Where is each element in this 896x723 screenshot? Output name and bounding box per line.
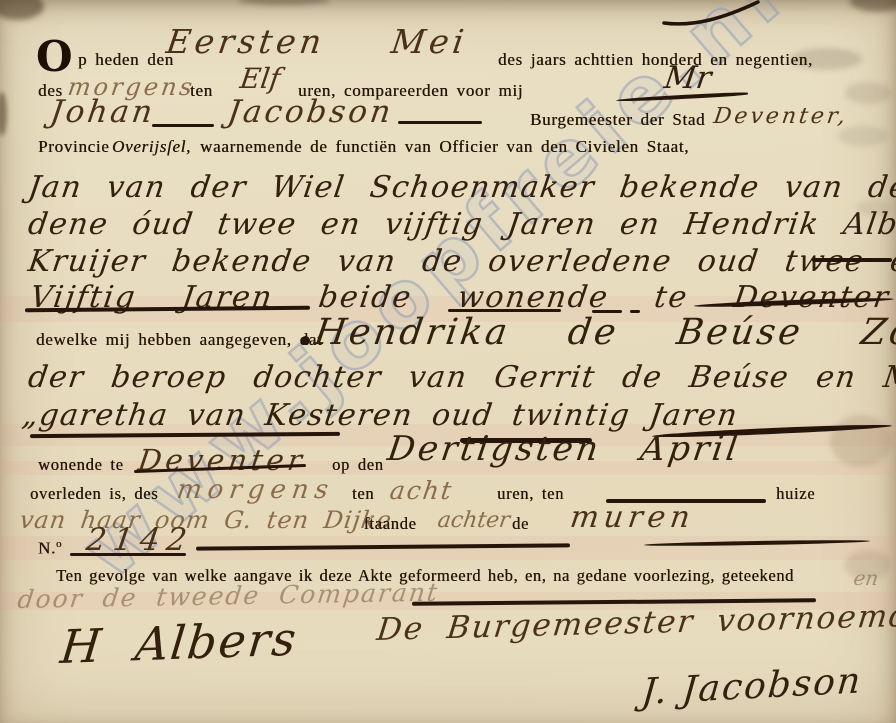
- printed-huize: huize: [776, 484, 815, 504]
- written-declarants-3: Kruijer bekende van de overledene oud tw…: [26, 244, 896, 279]
- ink-rule: [812, 258, 892, 262]
- printed-burgemeester: Burgemeester der Stad: [530, 110, 705, 130]
- printed-provincie-rest: waarnemende de functiën van Officier van…: [200, 137, 689, 157]
- ghost-text-mark: [845, 82, 891, 104]
- pen-flourish: [658, 0, 768, 26]
- written-deceased-3: „garetha van Kesteren oud twintig Jaren: [20, 398, 741, 433]
- ghost-text-mark: [830, 415, 892, 467]
- ink-rule: [70, 553, 186, 556]
- written-declarants-1: Jan van der Wiel Schoenmaker bekende van…: [26, 170, 896, 205]
- ink-rule: [152, 124, 214, 127]
- no-label-sup: o: [56, 538, 62, 550]
- written-en: en: [852, 566, 880, 590]
- ink-rule: [398, 121, 482, 124]
- written-date: Eersten Mei: [164, 22, 470, 61]
- written-achter: achter: [436, 508, 511, 533]
- written-house: van haar oom G. ten Dijke: [18, 506, 394, 534]
- printed-op-den: op den: [332, 455, 384, 475]
- written-death-hour: acht: [388, 476, 455, 505]
- paper-smudge: [850, 0, 896, 12]
- ghost-text-mark: [838, 126, 888, 146]
- written-declarants-2: dene óud twee en vijftig Jaren en Hendri…: [26, 207, 896, 242]
- ink-blot: [301, 336, 310, 345]
- written-death-daypart: morgens: [175, 475, 336, 505]
- no-label-text: N.: [38, 539, 56, 558]
- printed-wonende-te: wonende te: [38, 455, 124, 475]
- signature-jacobson: J. Jacobson: [640, 660, 864, 713]
- printed-year: des jaars achttien honderd en negentien,: [498, 50, 813, 70]
- printed-dewelke: dewelke mij hebben aangegeven, dat: [36, 330, 322, 350]
- document-scan: www.joopfreie.nl O p heden den Eersten M…: [0, 0, 896, 723]
- written-hour: Elf: [238, 62, 282, 95]
- written-deceased-2: der beroep dochter van Gerrit de Beúse e…: [26, 360, 896, 395]
- written-city: Deventer,: [712, 104, 850, 129]
- written-deceased-name: Hendrika de Beúse Zon„: [312, 312, 896, 353]
- printed-overleden-is: overleden is, des: [30, 484, 158, 504]
- written-place: muren: [568, 500, 697, 535]
- paper-smudge: [0, 0, 44, 20]
- printed-ten-2: ten: [352, 484, 374, 504]
- written-official: Johan Jacobson: [48, 94, 396, 130]
- printed-de: de: [512, 514, 529, 534]
- printed-provincie: Provincie: [38, 137, 109, 157]
- printed-uren-ten: uren, ten: [497, 484, 564, 504]
- printed-staande: ſtaande: [364, 514, 417, 534]
- signature-albers: H Albers: [58, 611, 300, 674]
- paper-smudge: [0, 92, 7, 136]
- printed-provincie-name: Overijsſel,: [112, 137, 191, 157]
- printed-op-heden-den: p heden den: [78, 50, 174, 70]
- printed-no-label: N.o: [38, 538, 62, 559]
- written-death-date: Dertigsten April: [385, 429, 743, 469]
- written-mr: Mr: [662, 60, 714, 96]
- dropcap-O: O: [36, 32, 73, 81]
- paper-smudge: [238, 0, 330, 5]
